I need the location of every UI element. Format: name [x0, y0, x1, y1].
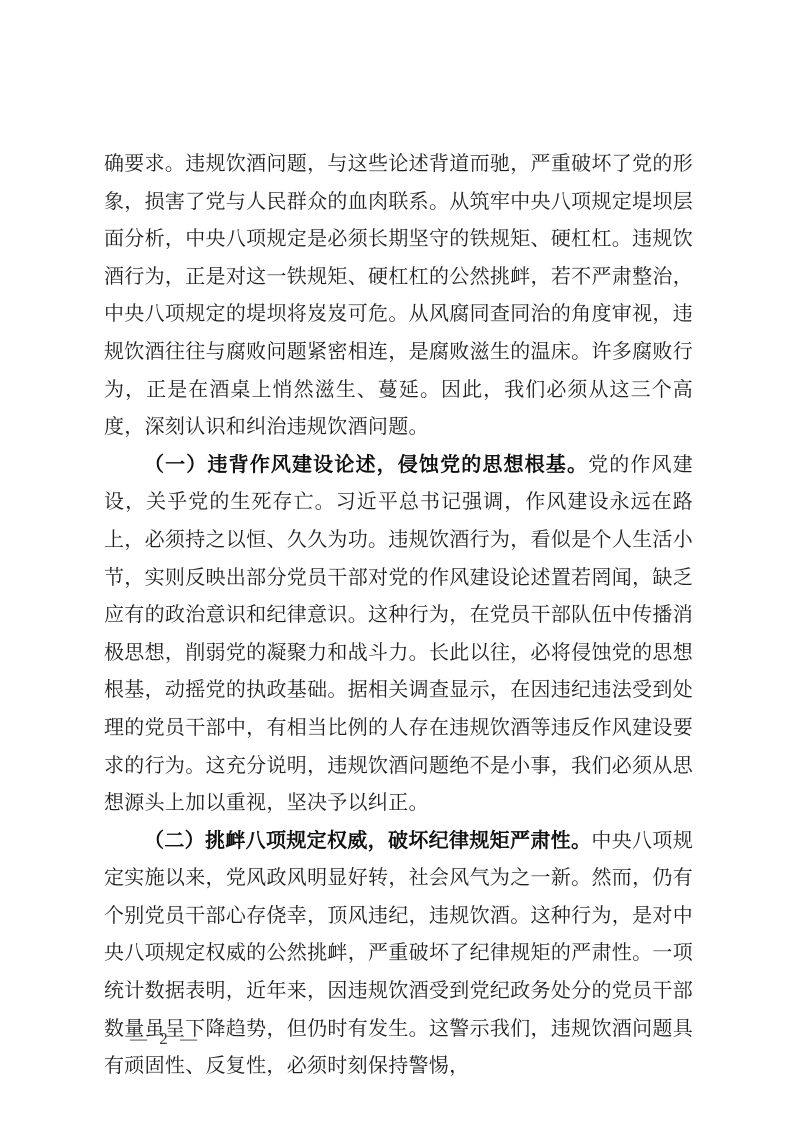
page-footer: — 2 — — [130, 1029, 198, 1049]
paragraph-text: 确要求。违规饮酒问题，与这些论述背道而驰，严重破坏了党的形象，损害了党与人民群众… — [104, 153, 693, 438]
paragraph: （一）违背作风建设论述，侵蚀党的思想根基。党的作风建设，关乎党的生死存亡。习近平… — [104, 447, 693, 823]
document-body: 确要求。违规饮酒问题，与这些论述背道而驰，严重破坏了党的形象，损害了党与人民群众… — [104, 146, 693, 1086]
paragraph-text: 党的作风建设，关乎党的生死存亡。习近平总书记强调，作风建设永远在路上，必须持之以… — [104, 454, 693, 814]
document-page: 确要求。违规饮酒问题，与这些论述背道而驰，严重破坏了党的形象，损害了党与人民群众… — [0, 0, 793, 1122]
paragraph-heading: （二）挑衅八项规定权威，破坏纪律规矩严肃性。 — [144, 830, 591, 852]
page-number: — 2 — — [130, 1029, 198, 1048]
paragraph-heading: （一）违背作风建设论述，侵蚀党的思想根基。 — [144, 454, 588, 476]
paragraph: 确要求。违规饮酒问题，与这些论述背道而驰，严重破坏了党的形象，损害了党与人民群众… — [104, 146, 693, 447]
